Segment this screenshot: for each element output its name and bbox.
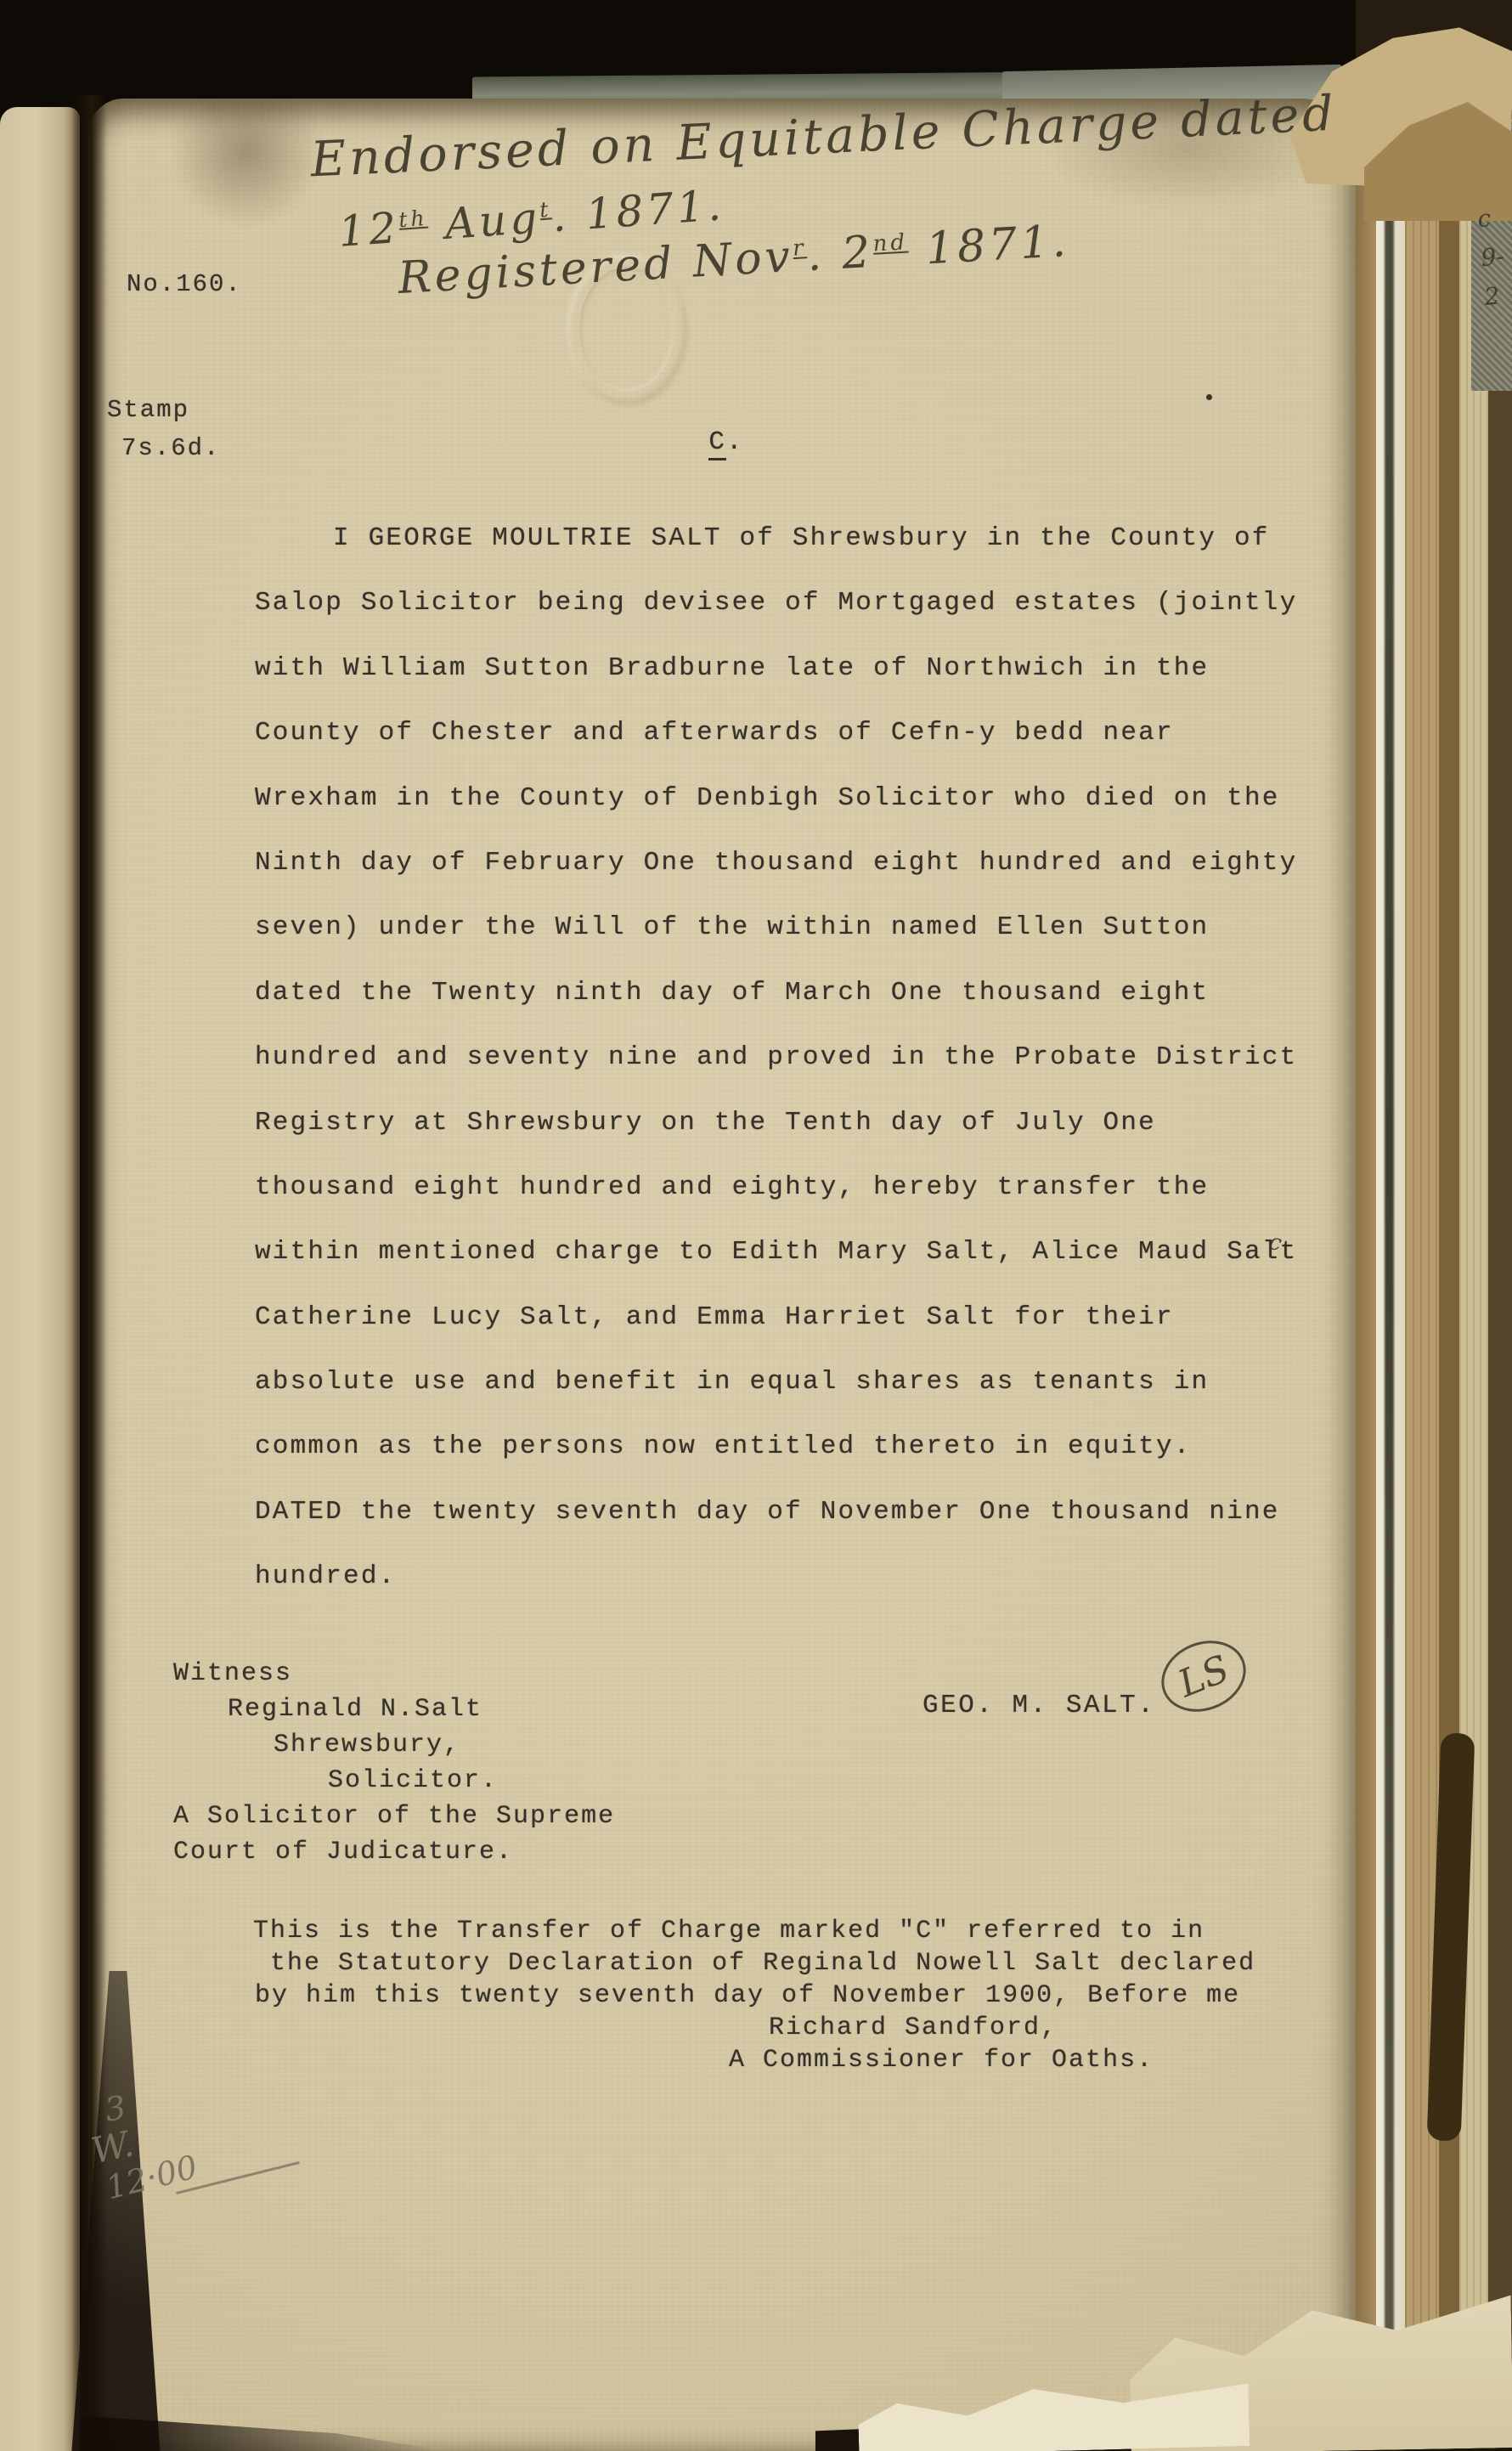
scanned-deed-page: Endorsed on Equitable Charge dated 12th … bbox=[0, 0, 1512, 2451]
ink-dot bbox=[1206, 394, 1212, 400]
declaration-block: This is the Transfer of Charge marked "C… bbox=[253, 1917, 1255, 2078]
body-line: hundred and seventy nine and proved in t… bbox=[255, 1042, 1297, 1107]
exhibit-letter: C bbox=[708, 427, 726, 460]
declaration-line: the Statutory Declaration of Reginald No… bbox=[270, 1949, 1255, 1981]
witness-block: WitnessReginald N.SaltShrewsbury,Solicit… bbox=[173, 1659, 615, 1873]
declaration-line: Richard Sandford, bbox=[769, 2013, 1255, 2046]
witness-line: Reginald N.Salt bbox=[228, 1695, 615, 1731]
page-edge-strip bbox=[1356, 109, 1378, 2451]
body-line: Ninth day of February One thousand eight… bbox=[255, 848, 1297, 912]
endorsement-day-suffix: th bbox=[398, 206, 428, 232]
witness-line: Solicitor. bbox=[328, 1766, 615, 1802]
stamp-value: 7s.6d. bbox=[121, 434, 220, 462]
body-line: I GEORGE MOULTRIE SALT of Shrewsbury in … bbox=[255, 523, 1297, 588]
signature-name: GEO. M. SALT. bbox=[922, 1691, 1155, 1720]
page-edge-strip bbox=[1376, 107, 1405, 2451]
witness-line: Court of Judicature. bbox=[173, 1838, 615, 1873]
witness-line: A Solicitor of the Supreme bbox=[173, 1802, 615, 1838]
stamp-label: Stamp bbox=[107, 396, 189, 424]
edge-mark: 2 bbox=[1483, 281, 1509, 322]
endorsement-month: Aug bbox=[426, 193, 542, 250]
body-line: DATED the twenty seventh day of November… bbox=[255, 1497, 1297, 1562]
body-line: seven) under the Will of the within name… bbox=[255, 912, 1297, 977]
edge-mark: c bbox=[1476, 203, 1503, 244]
page-edge-stack bbox=[1356, 0, 1512, 2451]
body-line: Salop Solicitor being devisee of Mortgag… bbox=[255, 588, 1297, 652]
left-page-edge bbox=[0, 107, 80, 2451]
body-line: dated the Twenty ninth day of March One … bbox=[255, 978, 1297, 1042]
declaration-line: This is the Transfer of Charge marked "C… bbox=[253, 1917, 1255, 1949]
exhibit-mark: C. bbox=[639, 398, 744, 487]
page-edge-smudge bbox=[1385, 107, 1394, 2451]
witness-line: Witness bbox=[173, 1659, 615, 1695]
registration-day-suffix: nd bbox=[872, 229, 909, 257]
declaration-line: A Commissioner for Oaths. bbox=[729, 2046, 1255, 2078]
deed-body: I GEORGE MOULTRIE SALT of Shrewsbury in … bbox=[255, 523, 1297, 1627]
body-line: common as the persons now entitled there… bbox=[255, 1432, 1297, 1496]
exhibit-period: . bbox=[726, 427, 744, 457]
edge-mark: 9- bbox=[1480, 242, 1506, 283]
body-line: hundred. bbox=[255, 1562, 1297, 1626]
body-line: County of Chester and afterwards of Cefn… bbox=[255, 718, 1297, 782]
body-line: within mentioned charge to Edith Mary Sa… bbox=[255, 1237, 1297, 1302]
body-line: with William Sutton Bradburne late of No… bbox=[255, 653, 1297, 718]
registration-day: . 2 bbox=[805, 227, 874, 281]
page-edge-strip bbox=[1488, 105, 1512, 2451]
witness-line: Shrewsbury, bbox=[274, 1731, 615, 1766]
body-line: Wrexham in the County of Denbigh Solicit… bbox=[255, 783, 1297, 848]
registration-year: 1871. bbox=[907, 216, 1070, 275]
body-line: Catherine Lucy Salt, and Emma Harriet Sa… bbox=[255, 1302, 1297, 1367]
body-line: absolute use and benefit in equal shares… bbox=[255, 1367, 1297, 1432]
declaration-line: by him this twenty seventh day of Novemb… bbox=[255, 1981, 1255, 2013]
registration-suffix: r bbox=[792, 235, 807, 262]
page-edge-strip bbox=[1459, 110, 1488, 2451]
document-number: No.160. bbox=[127, 270, 242, 298]
endorsement-day: 12 bbox=[337, 203, 401, 257]
seal-initials: LS bbox=[1172, 1646, 1235, 1706]
body-line: thousand eight hundred and eighty, hereb… bbox=[255, 1172, 1297, 1237]
body-line: Registry at Shrewsbury on the Tenth day … bbox=[255, 1108, 1297, 1172]
